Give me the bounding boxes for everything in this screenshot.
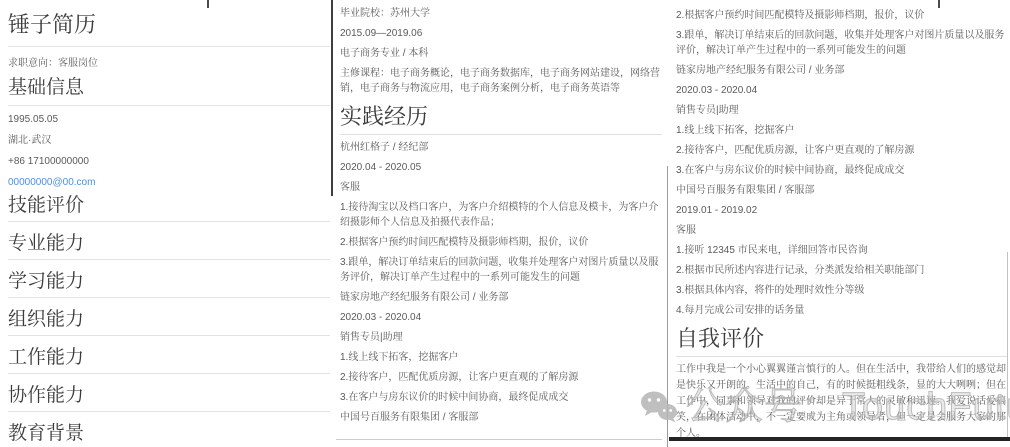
exp2-company: 链家房地产经纪服务有限公司 / 业务部: [676, 63, 1008, 78]
self-evaluation-text: 工作中我是一个小心翼翼谨言慎行的人。但在生活中，我带给人们的感觉却是快乐又开朗的…: [676, 362, 1008, 442]
exp2-company: 链家房地产经纪服务有限公司 / 业务部: [340, 290, 662, 305]
phone-number: +86 17100000000: [8, 154, 330, 169]
exp3-item: 2.根据市民所述内容进行记录，分类派发给相关职能部门: [676, 263, 1008, 278]
exp2-item: 2.接待客户，匹配优质房源，让客户更直观的了解房源: [676, 143, 1008, 158]
exp3-role: 客服: [676, 223, 1008, 238]
exp3-company: 中国号百服务有限集团 / 客服部: [676, 183, 1008, 198]
exp3-item: 1.接听 12345 市民来电，详细回答市民咨询: [676, 243, 1008, 258]
section-heading-education: 教育背景: [8, 423, 330, 447]
job-objective: 求职意向：客服岗位: [8, 56, 330, 71]
exp1-dates: 2020.04 - 2020.05: [340, 160, 662, 175]
resume-left-column: 锤子简历 求职意向：客服岗位 基础信息 1995.05.05 湖北·武汉 +86…: [0, 0, 330, 447]
section-heading-work: 工作能力: [8, 347, 330, 374]
exp3-dates: 2019.01 - 2019.02: [676, 203, 1008, 218]
exp2-item: 1.线上线下拓客，挖掘客户: [340, 350, 662, 365]
section-heading-basic-info: 基础信息: [8, 77, 330, 106]
education-school: 毕业院校：苏州大学: [340, 6, 662, 21]
section-heading-skills: 技能评价: [8, 195, 330, 222]
exp2-item: 3.在客户与房东议价的时候中间协商，最终促成成交: [676, 163, 1008, 178]
exp1-role: 客服: [340, 180, 662, 195]
exp1-item: 2.根据客户预约时间匹配模特及摄影师档期，报价，议价: [340, 235, 662, 250]
education-dates: 2015.09—2019.06: [340, 26, 662, 41]
resume-title: 锤子简历: [8, 12, 330, 47]
column-divider-line: [331, 0, 333, 196]
birth-date: 1995.05.05: [8, 112, 330, 127]
section-heading-learning: 学习能力: [8, 271, 330, 298]
exp2-role: 销售专员|助理: [340, 330, 662, 345]
section-heading-self-evaluation: 自我评价: [676, 326, 1008, 357]
section-heading-professional: 专业能力: [8, 233, 330, 260]
resume-middle-column: 毕业院校：苏州大学 2015.09—2019.06 电子商务专业 / 本科 主修…: [336, 0, 662, 425]
column-divider-line: [667, 166, 668, 447]
exp1-item: 1.接待淘宝以及档口客户，为客户介绍模特的个人信息及模卡，为客户介绍摄影师个人信…: [340, 200, 662, 230]
exp3-item: 4.每月完成公司安排的话务量: [676, 303, 1008, 318]
middle-column-bottom-line: [336, 439, 662, 440]
location: 湖北·武汉: [8, 133, 330, 148]
resume-preview-canvas: 锤子简历 求职意向：客服岗位 基础信息 1995.05.05 湖北·武汉 +86…: [0, 0, 1010, 447]
exp2-item: 2.接待客户，匹配优质房源，让客户更直观的了解房源: [340, 370, 662, 385]
exp2-item: 3.在客户与房东议价的时候中间协商，最终促成成交: [340, 390, 662, 405]
exp2-role: 销售专员|助理: [676, 103, 1008, 118]
education-courses: 主修课程：电子商务概论，电子商务数据库，电子商务网站建设，网络营销，电子商务与物…: [340, 66, 662, 96]
exp2-dates: 2020.03 - 2020.04: [676, 83, 1008, 98]
education-major: 电子商务专业 / 本科: [340, 46, 662, 61]
exp1-item-carryover: 2.根据客户预约时间匹配模特及摄影师档期，报价，议价: [676, 8, 1008, 23]
resume-right-column: 2.根据客户预约时间匹配模特及摄影师档期，报价，议价 3.跟单，解决订单结束后的…: [672, 0, 1008, 442]
exp2-item: 1.线上线下拓客，挖掘客户: [676, 123, 1008, 138]
section-heading-organization: 组织能力: [8, 309, 330, 336]
email-link[interactable]: 00000000@00.com: [8, 177, 95, 188]
exp3-item: 3.根据具体内容，将件的处理时效性分等级: [676, 283, 1008, 298]
exp2-dates: 2020.03 - 2020.04: [340, 310, 662, 325]
section-heading-experience: 实践经历: [340, 104, 662, 135]
section-heading-collaboration: 协作能力: [8, 385, 330, 412]
exp3-company: 中国号百服务有限集团 / 客服部: [340, 410, 662, 425]
exp1-company: 杭州红格子 / 经纪部: [340, 140, 662, 155]
exp1-item: 3.跟单，解决订单结束后的回款问题，收集并处理客户对图片质量以及服务评价，解决订…: [340, 255, 662, 285]
exp1-item-carryover: 3.跟单，解决订单结束后的回款问题，收集并处理客户对图片质量以及服务评价，解决订…: [676, 28, 1008, 58]
